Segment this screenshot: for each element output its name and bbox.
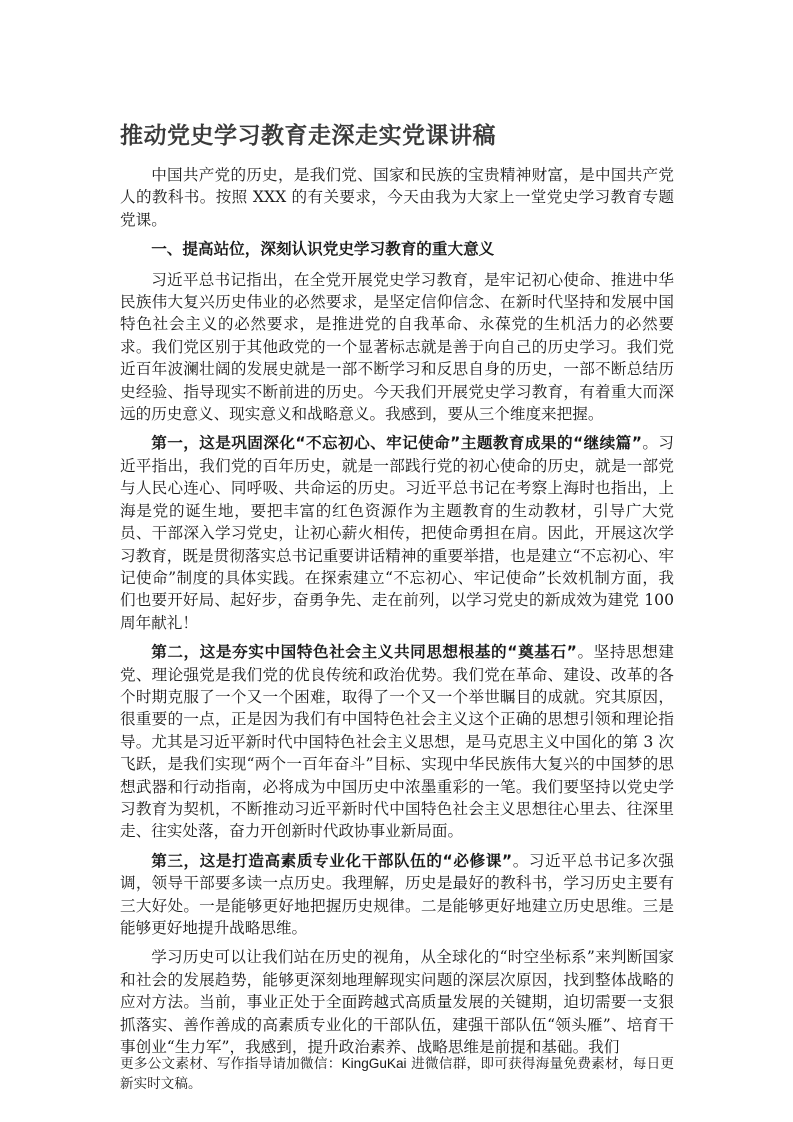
point-1-lead: 第一，这是巩固深化“不忘初心、牢记使命”主题教育成果的“继续篇” <box>151 434 642 452</box>
point-1-body: 。习近平指出，我们党的百年历史，就是一部践行党的初心使命的历史，就是一部党与人民… <box>120 434 674 631</box>
document-title: 推动党史学习教育走深走实党课讲稿 <box>120 118 674 154</box>
intro-paragraph: 中国共产党的历史，是我们党、国家和民族的宝贵精神财富，是中国共产党人的教科书。按… <box>120 164 674 231</box>
point-3-paragraph: 第三，这是打造高素质专业化干部队伍的“必修课”。习近平总书记多次强调，领导干部要… <box>120 850 674 940</box>
section1-paragraph: 习近平总书记指出，在全党开展党史学习教育，是牢记初心使命、推进中华民族伟大复兴历… <box>120 269 674 426</box>
promo-note: 更多公文素材、写作指导请加微信：KingGuKai 进微信群，即可获得海量免费素… <box>120 1054 674 1094</box>
point-2-lead: 第二，这是夯实中国特色社会主义共同思想根基的“奠基石” <box>151 643 577 661</box>
point-1-paragraph: 第一，这是巩固深化“不忘初心、牢记使命”主题教育成果的“继续篇”。习近平指出，我… <box>120 432 674 634</box>
promo-prefix: 更多公文素材、写作指导请加微信： <box>120 1056 342 1072</box>
document-page: 推动党史学习教育走深走实党课讲稿 中国共产党的历史，是我们党、国家和民族的宝贵精… <box>120 118 674 1101</box>
closing-paragraph: 学习历史可以让我们站在历史的视角，从全球化的“时空坐标系”来判断国家和社会的发展… <box>120 946 674 1058</box>
section-heading-1: 一、提高站位，深刻认识党史学习教育的重大意义 <box>120 238 674 260</box>
point-3-lead: 第三，这是打造高素质专业化干部队伍的“必修课” <box>151 852 512 870</box>
wechat-id: KingGuKai <box>342 1056 407 1071</box>
point-2-body: 。坚持思想建党、理论强党是我们党的优良传统和政治优势。我们党在革命、建设、改革的… <box>120 643 674 840</box>
point-2-paragraph: 第二，这是夯实中国特色社会主义共同思想根基的“奠基石”。坚持思想建党、理论强党是… <box>120 641 674 843</box>
